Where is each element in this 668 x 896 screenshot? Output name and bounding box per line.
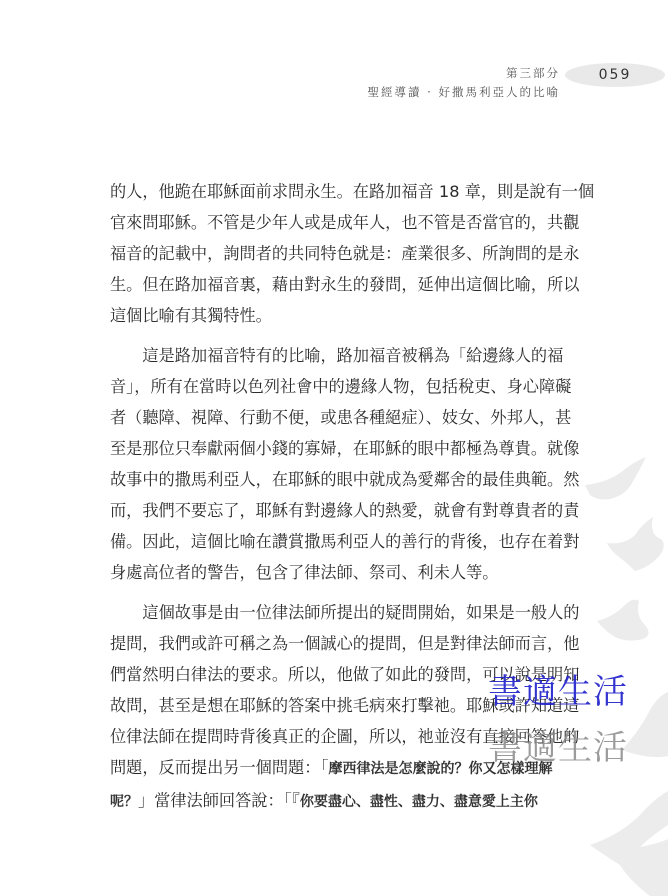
text-line: 提問，我們或許可稱之為一個誠心的提問，但是對律法師而言，他	[110, 628, 557, 659]
text-line: 備。因此，這個比喻在讚賞撒馬利亞人的善行的背後，也存在着對	[110, 526, 557, 557]
text-line: 這是路加福音特有的比喻，路加福音被稱為「給邊緣人的福	[110, 340, 557, 371]
text-line: 這個比喻有其獨特性。	[110, 300, 557, 331]
paragraph-2: 這是路加福音特有的比喻，路加福音被稱為「給邊緣人的福 音」，所有在當時以色列社會…	[110, 340, 557, 588]
dove-decoration-icon	[605, 515, 668, 575]
text-line: 者（聽障、視障、行動不便，或患各種絕症）、妓女、外邦人，甚	[110, 402, 557, 433]
text-line: 生。但在路加福音裏，藉由對永生的發問，延伸出這個比喻，所以	[110, 269, 557, 300]
text-line: 福音的記載中，詢問者的共同特色就是：產業很多、所詢問的是永	[110, 238, 557, 269]
page-number-text: 059	[599, 67, 632, 83]
running-header: 第三部分 聖經導讀 ‧ 好撒馬利亞人的比喻	[368, 64, 560, 102]
page-number: 059	[565, 63, 665, 87]
text-line: 故事中的撒馬利亞人，在耶穌的眼中就成為愛鄰舍的最佳典範。然	[110, 464, 557, 495]
paragraph-1: 的人，他跪在耶穌面前求問永生。在路加福音 18 章，則是說有一個 官來問耶穌。不…	[110, 176, 557, 331]
text-line: 而，我們不要忘了，耶穌有對邊緣人的熱愛，就會有對尊貴者的責	[110, 495, 557, 526]
text-line: 身處高位者的警告，包含了律法師、祭司、利未人等。	[110, 557, 557, 588]
dove-decoration-icon	[580, 455, 650, 505]
section-label: 第三部分	[368, 64, 560, 83]
text-line: 至是那位只奉獻兩個小錢的寡婦，在耶穌的眼中都極為尊貴。就像	[110, 433, 557, 464]
watermark-blue: 書適生活	[488, 664, 628, 713]
dove-decoration-icon	[590, 785, 668, 896]
text-line: 音」，所有在當時以色列社會中的邊緣人物，包括稅吏、身心障礙	[110, 371, 557, 402]
watermark-gray: 書適生活	[488, 720, 628, 769]
line-middle: 」當律法師回答說：「『	[138, 791, 300, 810]
dove-decoration-icon	[595, 595, 655, 645]
chapter-title: 聖經導讀 ‧ 好撒馬利亞人的比喻	[368, 83, 560, 102]
line-prefix: 問題，反而提出另一個問題：「	[110, 758, 329, 777]
scripture-quote: 你要盡心、盡性、盡力、盡意愛上主你	[300, 794, 538, 810]
text-line: 呢？」當律法師回答說：「『你要盡心、盡性、盡力、盡意愛上主你	[110, 785, 557, 818]
scripture-quote: 呢？	[110, 794, 138, 810]
text-line: 這個故事是由一位律法師所提出的疑問開始，如果是一般人的	[110, 597, 557, 628]
text-line: 的人，他跪在耶穌面前求問永生。在路加福音 18 章，則是說有一個	[110, 176, 557, 207]
text-line: 官來問耶穌。不管是少年人或是成年人，也不管是否當官的，共觀	[110, 207, 557, 238]
